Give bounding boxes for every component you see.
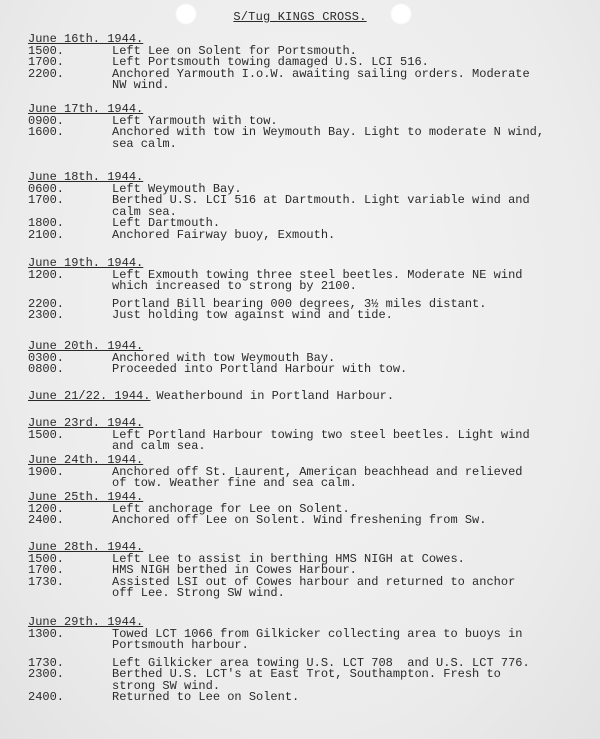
event-row: 2300.Just holding tow against wind and t… [28,310,568,322]
event-text: Just holding tow against wind and tide. [112,310,568,322]
event-time: 2300. [28,310,112,322]
event-text: Anchored Yarmouth I.o.W. awaiting sailin… [112,69,568,92]
event-time: 2100. [28,230,112,242]
event-time: 1700. [28,195,112,218]
event-row: 2400.Anchored off Lee on Solent. Wind fr… [28,515,568,527]
log-entry: June 25th. 1944. 1200.Left anchorage for… [28,492,568,527]
event-time: 0800. [28,364,112,376]
document-page: S/Tug KINGS CROSS. June 16th. 1944. 1500… [0,0,600,739]
event-time: 1600. [28,127,112,150]
event-time: 2400. [28,515,112,527]
event-text: Berthed U.S. LCI 516 at Dartmouth. Light… [112,195,568,218]
event-time: 2300. [28,669,112,692]
event-row: 1900.Anchored off St. Laurent, American … [28,467,568,490]
event-time: 1200. [28,270,112,293]
log-entry: June 23rd. 1944. 1500.Left Portland Harb… [28,418,568,453]
document-title: S/Tug KINGS CROSS. [0,10,600,24]
event-time: 2200. [28,69,112,92]
log-entry: June 28th. 1944. 1500.Left Lee to assist… [28,542,568,600]
event-text: Anchored Fairway buoy, Exmouth. [112,230,568,242]
event-text: Left Exmouth towing three steel beetles.… [112,270,568,293]
event-row: 0800.Proceeded into Portland Harbour wit… [28,364,568,376]
event-text: Left Portland Harbour towing two steel b… [112,430,568,453]
event-row: 1500.Left Portland Harbour towing two st… [28,430,568,453]
log-entry: June 21/22. 1944.Weatherbound in Portlan… [28,391,568,403]
event-text: Berthed U.S. LCT's at East Trot, Southam… [112,669,568,692]
log-entry: June 29th. 1944. 1300.Towed LCT 1066 fro… [28,617,568,704]
event-row: 1200.Left Exmouth towing three steel bee… [28,270,568,293]
event-text: Returned to Lee on Solent. [112,692,568,704]
event-row: 1300.Towed LCT 1066 from Gilkicker colle… [28,629,568,652]
event-row: 2100.Anchored Fairway buoy, Exmouth. [28,230,568,242]
event-time: 1900. [28,467,112,490]
event-row: 2200.Anchored Yarmouth I.o.W. awaiting s… [28,69,568,92]
event-text: Anchored with tow in Weymouth Bay. Light… [112,127,568,150]
event-row: 2400.Returned to Lee on Solent. [28,692,568,704]
event-text: Towed LCT 1066 from Gilkicker collecting… [112,629,568,652]
event-row: 1600.Anchored with tow in Weymouth Bay. … [28,127,568,150]
event-text: Assisted LSI out of Cowes harbour and re… [112,577,568,600]
log-entry: June 17th. 1944. 0900.Left Yarmouth with… [28,104,568,150]
event-text: Anchored off Lee on Solent. Wind freshen… [112,515,568,527]
log-entry: June 16th. 1944. 1500.Left Lee on Solent… [28,34,568,92]
event-time: 1730. [28,577,112,600]
event-row: 2300.Berthed U.S. LCT's at East Trot, So… [28,669,568,692]
event-row: 1700.Berthed U.S. LCI 516 at Dartmouth. … [28,195,568,218]
event-time: 1500. [28,430,112,453]
log-entry: June 24th. 1944. 1900.Anchored off St. L… [28,455,568,490]
event-time: 1300. [28,629,112,652]
entry-date: June 21/22. 1944. [28,391,150,403]
event-text: Anchored off St. Laurent, American beach… [112,467,568,490]
log-entry: June 20th. 1944. 0300.Anchored with tow … [28,341,568,376]
entry-note: Weatherbound in Portland Harbour. [156,389,394,403]
event-text: Proceeded into Portland Harbour with tow… [112,364,568,376]
event-row: 1730.Assisted LSI out of Cowes harbour a… [28,577,568,600]
log-entry: June 19th. 1944. 1200.Left Exmouth towin… [28,258,568,322]
event-time: 2400. [28,692,112,704]
log-entry: June 18th. 1944. 0600.Left Weymouth Bay.… [28,172,568,241]
